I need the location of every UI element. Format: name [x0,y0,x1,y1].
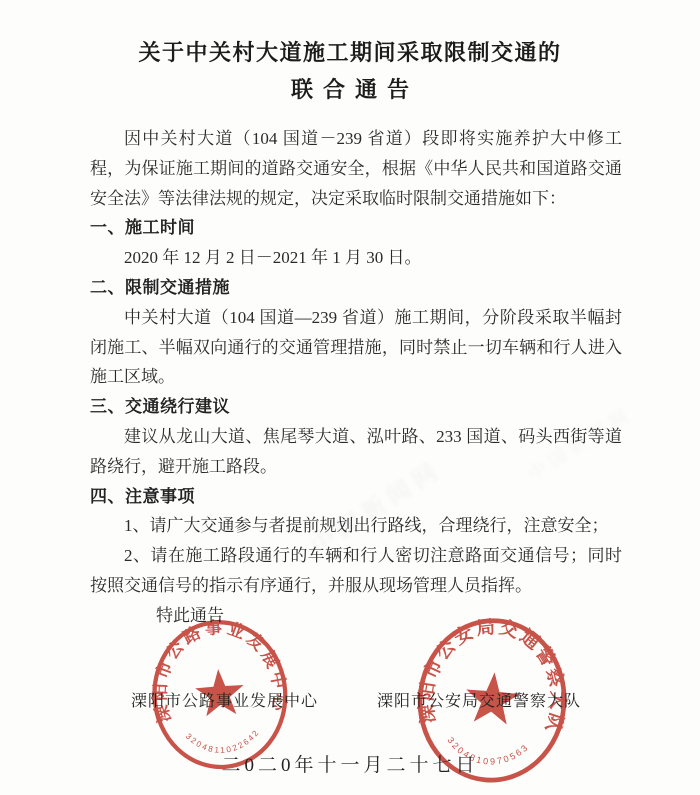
signature-org-right: 溧阳市公安局交通警察大队 [377,688,581,711]
section-3-paragraph: 建议从龙山大道、焦尾琴大道、泓叶路、233 国道、码头西街等道路绕行，避开施工路… [90,422,622,482]
intro-paragraph: 因中关村大道（104 国道－239 省道）段即将实施养护大中修工程，为保证施工期… [90,124,622,213]
section-2-heading: 二、限制交通措施 [90,273,622,303]
section-1-paragraph: 2020 年 12 月 2 日－2021 年 1 月 30 日。 [90,243,622,273]
section-3-heading: 三、交通绕行建议 [90,392,622,422]
title-line-2: 联合通告 [0,71,700,108]
page-title: 关于中关村大道施工期间采取限制交通的 联合通告 [0,34,700,108]
signature-org-left: 溧阳市公路事业发展中心 [131,688,318,711]
notice-date: 二0二0年十一月二十七日 [0,750,700,777]
section-2-paragraph: 中关村大道（104 国道—239 省道）施工期间，分阶段采取半幅封闭施工、半幅双… [90,303,622,392]
notice-document: 关于中关村大道施工期间采取限制交通的 联合通告 因中关村大道（104 国道－23… [0,0,700,795]
title-line-1: 关于中关村大道施工期间采取限制交通的 [0,34,700,71]
section-4-item-1: 1、请广大交通参与者提前规划出行路线，合理绕行，注意安全； [90,511,622,541]
section-4-item-2: 2、请在施工路段通行的车辆和行人密切注意路面交通信号；同时按照交通信号的指示有序… [90,541,622,601]
section-4-heading: 四、注意事项 [90,482,622,512]
section-1-heading: 一、施工时间 [90,213,622,243]
notice-body: 因中关村大道（104 国道－239 省道）段即将实施养护大中修工程，为保证施工期… [0,124,700,631]
